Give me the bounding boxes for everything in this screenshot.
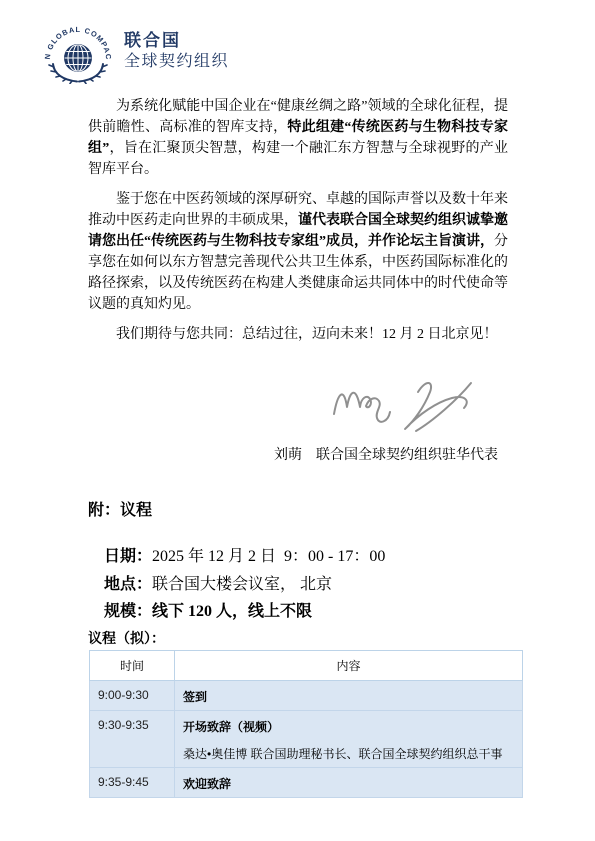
agenda-item-subtitle: 桑达•奥佳博 联合国助理秘书长、联合国全球契约组织总干事 [183,745,514,762]
paragraph-3: 我们期待与您共同：总结过往，迈向未来！12 月 2 日北京见！ [88,324,508,345]
agenda-header-row: 时间 内容 [90,651,523,681]
scale-label: 规模： [104,603,152,620]
letter-body: 为系统化赋能中国企业在“健康丝绸之路”领域的全球化征程，提供前瞻性、高标准的智库… [88,96,508,354]
agenda-time: 9:35-9:45 [90,768,175,798]
letter-page: UN GLOBAL COMPACT 联合国 全球契约组织 [0,0,595,841]
un-global-compact-emblem-icon: UN GLOBAL COMPACT [44,18,112,84]
org-name: 联合国 全球契约组织 [124,30,229,72]
signature-image [328,358,478,436]
org-logo: UN GLOBAL COMPACT 联合国 全球契约组织 [44,18,229,84]
table-row: 9:35-9:45 欢迎致辞 [90,768,523,798]
col-header-content: 内容 [175,651,523,681]
signatory-line: 刘萌 联合国全球契约组织驻华代表 [88,444,508,464]
agenda-item-title: 欢迎致辞 [183,773,514,792]
agenda-item-title: 签到 [183,686,514,705]
org-name-line2: 全球契约组织 [124,51,229,72]
org-name-line1: 联合国 [124,30,229,51]
col-header-time: 时间 [90,651,175,681]
paragraph-2: 鉴于您在中医药领域的深厚研究、卓越的国际声誉以及数十年来推动中医药走向世界的丰硕… [88,189,508,315]
agenda-heading: 议程（拟）： [88,628,165,648]
table-row: 9:30-9:35 开场致辞（视频）桑达•奥佳博 联合国助理秘书长、联合国全球契… [90,711,523,768]
attachment-title: 附：议程 [88,497,152,520]
agenda-table: 时间 内容 9:00-9:30 签到 9:30-9:35 开场致辞（视频）桑达•… [89,650,523,798]
scale-value: 线下 120 人，线上不限 [152,603,312,620]
agenda-time: 9:00-9:30 [90,681,175,711]
paragraph-1: 为系统化赋能中国企业在“健康丝绸之路”领域的全球化征程，提供前瞻性、高标准的智库… [88,96,508,180]
table-row: 9:00-9:30 签到 [90,681,523,711]
agenda-time: 9:30-9:35 [90,711,175,768]
agenda-item-title: 开场致辞（视频） [183,716,514,735]
paragraph-1-text-2: ，旨在汇聚顶尖智慧，构建一个融汇东方智慧与全球视野的产业智库平台。 [88,141,508,177]
